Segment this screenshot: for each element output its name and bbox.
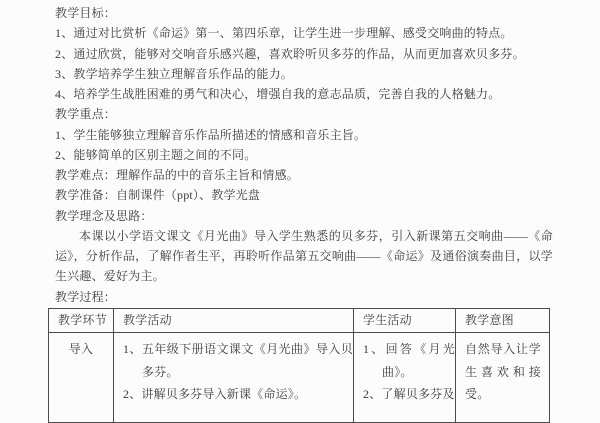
- table-header-intent: 教学意图: [456, 309, 550, 333]
- teacher-activity-cell: 1、五年级下册语文课文《月光曲》导入贝多芬。 2、讲解贝多芬导入新课《命运》。: [114, 333, 354, 400]
- intent-cell: 自然导入让学生喜欢和接受。: [456, 333, 550, 400]
- difficulty-line: 教学难点：理解作品的中的音乐主旨和情感。: [55, 165, 555, 185]
- key-point-item-1: 1、学生能够独立理解音乐作品所描述的情感和音乐主旨。: [55, 125, 555, 145]
- intent-text: 自然导入让学生喜欢和接受。: [456, 338, 549, 400]
- stage-cell: 导入: [49, 333, 114, 400]
- student-activity-item-2: 2、了解贝多芬及: [354, 383, 455, 400]
- student-activity-cell: 1、回答《月光曲》。 2、了解贝多芬及: [354, 333, 456, 400]
- table-row: 导入 1、五年级下册语文课文《月光曲》导入贝多芬。 2、讲解贝多芬导入新课《命运…: [49, 333, 550, 400]
- key-point-item-2: 2、能够简单的区别主题之间的不同。: [55, 145, 555, 165]
- teaching-process-table: 教学环节 教学活动 学生活动 教学意图 导入 1、五年级下册语文课文《月光曲》导…: [48, 308, 550, 400]
- philosophy-paragraph: 本课以小学语文课文《月光曲》导入学生熟悉的贝多芬，引入新课第五交响曲——《命运》…: [55, 226, 553, 287]
- objectives-heading: 教学目标：: [55, 3, 555, 23]
- table-header-row: 教学环节 教学活动 学生活动 教学意图: [49, 309, 550, 333]
- objective-item-3: 3、教学培养学生独立理解音乐作品的能力。: [55, 64, 555, 84]
- table-header-teacher-activity: 教学活动: [114, 309, 354, 333]
- preparation-line: 教学准备：自制课件（ppt）、教学光盘: [55, 185, 555, 205]
- table-header-student-activity: 学生活动: [354, 309, 456, 333]
- objective-item-2: 2、通过欣赏，能够对交响音乐感兴趣，喜欢聆听贝多芬的作品，从而更加喜欢贝多芬。: [55, 44, 555, 64]
- lesson-plan-document: 教学目标： 1、通过对比赏析《命运》第一、第四乐章，让学生进一步理解、感受交响曲…: [55, 3, 555, 400]
- process-heading: 教学过程：: [55, 287, 555, 307]
- philosophy-heading: 教学理念及思路：: [55, 206, 555, 226]
- student-activity-item-1: 1、回答《月光曲》。: [354, 338, 455, 383]
- key-points-heading: 教学重点：: [55, 104, 555, 124]
- objective-item-1: 1、通过对比赏析《命运》第一、第四乐章，让学生进一步理解、感受交响曲的特点。: [55, 23, 555, 43]
- table-header-stage: 教学环节: [49, 309, 114, 333]
- teacher-activity-item-2: 2、讲解贝多芬导入新课《命运》。: [114, 383, 353, 400]
- objective-item-4: 4、培养学生战胜困难的勇气和决心，增强自我的意志品质，完善自我的人格魅力。: [55, 84, 555, 104]
- teacher-activity-item-1: 1、五年级下册语文课文《月光曲》导入贝多芬。: [114, 338, 353, 383]
